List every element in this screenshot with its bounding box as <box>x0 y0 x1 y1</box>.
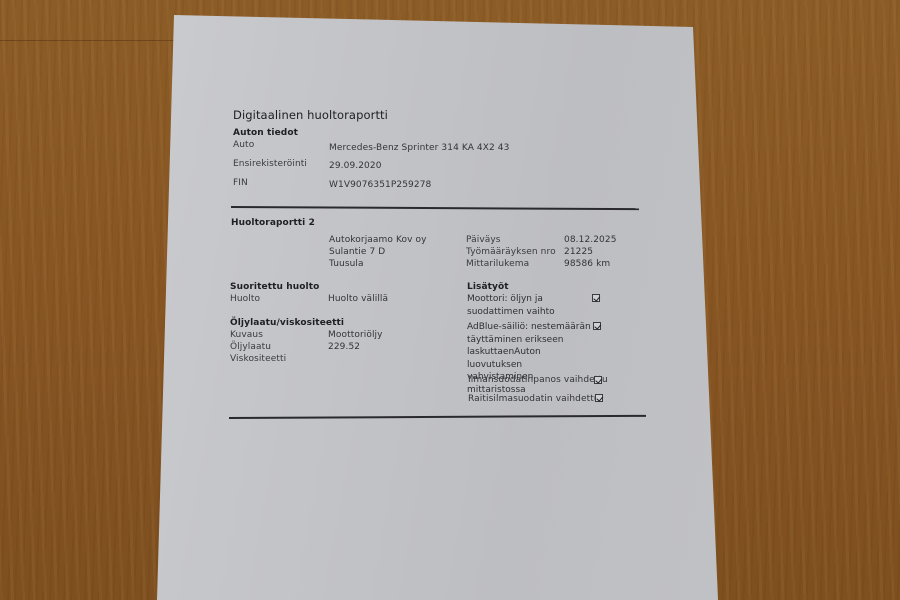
vehicle-model-value: Mercedes-Benz Sprinter 314 KA 4X2 43 <box>329 143 509 153</box>
service-label: Huolto <box>230 294 260 304</box>
extra-work-item-text: Raitisilmasuodatin vaihdettu <box>468 394 600 404</box>
fin-value: W1V9076351P259278 <box>329 180 431 190</box>
workshop-street: Sulantie 7 D <box>329 247 385 257</box>
workshop-city: Tuusula <box>329 259 364 269</box>
oil-heading: Öljylaatu/viskositeetti <box>230 318 344 328</box>
report-heading: Huoltoraportti 2 <box>231 218 315 228</box>
date-label: Päiväys <box>466 235 501 245</box>
odometer-label: Mittarilukema <box>466 259 529 269</box>
oil-description-value: Moottoriöljy <box>328 330 383 340</box>
date-value: 08.12.2025 <box>564 235 617 245</box>
table-surface-seam <box>0 40 175 41</box>
service-value: Huolto välillä <box>328 294 388 304</box>
oil-description-label: Kuvaus <box>230 330 263 340</box>
first-registration-label: Ensirekisteröinti <box>233 159 307 169</box>
workshop-name: Autokorjaamo Kov oy <box>329 235 427 245</box>
checkbox-checked-icon <box>593 322 601 330</box>
first-registration-value: 29.09.2020 <box>329 161 382 171</box>
work-order-value: 21225 <box>564 247 593 257</box>
work-order-label: Työmääräyksen nro <box>466 247 556 257</box>
oil-grade-value: 229.52 <box>328 342 360 352</box>
fin-label: FIN <box>233 178 248 188</box>
extra-work-item-text: Moottori: öljyn ja suodattimen vaihto <box>467 293 591 318</box>
service-heading: Suoritettu huolto <box>230 282 319 292</box>
checkbox-checked-icon <box>594 376 602 384</box>
paper-sheet <box>0 0 900 600</box>
oil-grade-label: Öljylaatu <box>230 342 271 352</box>
extra-work-heading: Lisätyöt <box>467 282 509 292</box>
checkbox-checked-icon <box>592 294 600 302</box>
checkbox-checked-icon <box>595 394 603 402</box>
extra-work-item-text: Ilmansuodatinpanos vaihdettu <box>468 375 608 385</box>
viscosity-label: Viskositeetti <box>230 354 286 364</box>
vehicle-model-label: Auto <box>233 140 254 150</box>
document-title: Digitaalinen huoltoraportti <box>233 108 388 122</box>
odometer-value: 98586 km <box>564 259 610 269</box>
vehicle-section-heading: Auton tiedot <box>233 128 298 138</box>
